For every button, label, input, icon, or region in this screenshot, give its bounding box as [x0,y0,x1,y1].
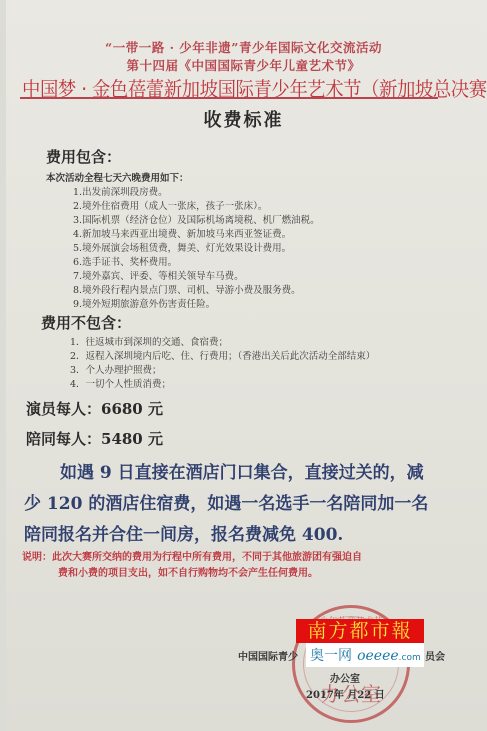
included-item: 9.境外短期旅游意外伤害责任险。 [73,296,215,310]
notice-line-2: 少 120 的酒店住宿费，如遇一名选手一名陪同加一名 [24,489,428,514]
included-item: 3.国际机票（经济仓位）及国际机场离境税、机厂燃油税。 [73,212,320,226]
excluded-item: 2．返程入深圳境内后吃、住、行费用；（香港出关后此次活动全部结束） [70,348,375,362]
included-item: 4.新加坡马来西亚出境费、新加坡马来西亚签证费。 [73,226,291,240]
included-item: 1.出发前深圳段房费。 [73,184,168,198]
watermark-brand: 南方都市報 [296,619,424,643]
included-item: 7.境外嘉宾、评委、等相关领导车马费。 [73,268,244,282]
signature-office: 办公室 [330,670,360,685]
included-heading: 费用包含： [46,146,121,167]
note-line-1: 说明：此次大赛所交纳的费用为行程中所有费用，不同于其他旅游团有强迫自 [22,548,362,563]
excluded-item: 1．往返城市到深圳的交通、食宿费； [70,334,228,348]
signature-date: 2017年 月22 日 [306,686,385,701]
watermark-site-domain: .com [399,653,421,663]
included-item: 6.选手证书、奖杯费用。 [73,254,177,268]
included-item: 2.境外住宿费用（成人一张床，孩子一张床）。 [73,198,267,212]
excluded-heading: 费用不包含： [41,312,131,333]
performer-price: 演员每人：6680 元 [26,398,163,419]
included-item: 5.境外展演会场租赁费，舞美、灯光效果设计费用。 [73,240,291,254]
header-line-2: 第十四届《中国国际青少年儿童艺术节》 [0,56,487,74]
signature-org-left: 中国国际青少 [238,648,298,663]
included-item: 8.境外段行程内景点门票、司机、导游小费及服务费。 [73,282,301,296]
watermark-site: 奥一网 oeeee.com [306,643,424,667]
page-title: 收费标准 [0,106,487,132]
header-line-1: “一带一路 · 少年非遗”青少年国际文化交流活动 [0,38,487,56]
signature-org-right: 员会 [425,648,445,663]
notice-line-1: 如遇 9 日直接在酒店门口集合，直接过关的，减 [60,458,424,483]
watermark-site-cn: 奥一网 [310,648,352,664]
included-intro: 本次活动全程七天六晚费用如下： [46,170,189,184]
companion-price: 陪同每人：5480 元 [26,428,163,449]
note-line-2: 费和小费的项目支出，如不自行购物均不会产生任何费用。 [58,564,318,579]
notice-line-3: 陪同报名并合住一间房，报名费减免 400. [24,520,343,545]
header-rule [20,97,438,99]
excluded-item: 4．一切个人性质消费； [70,376,171,390]
excluded-item: 3．个人办理护照费； [70,362,162,376]
watermark-site-en: oeeee [357,648,399,664]
